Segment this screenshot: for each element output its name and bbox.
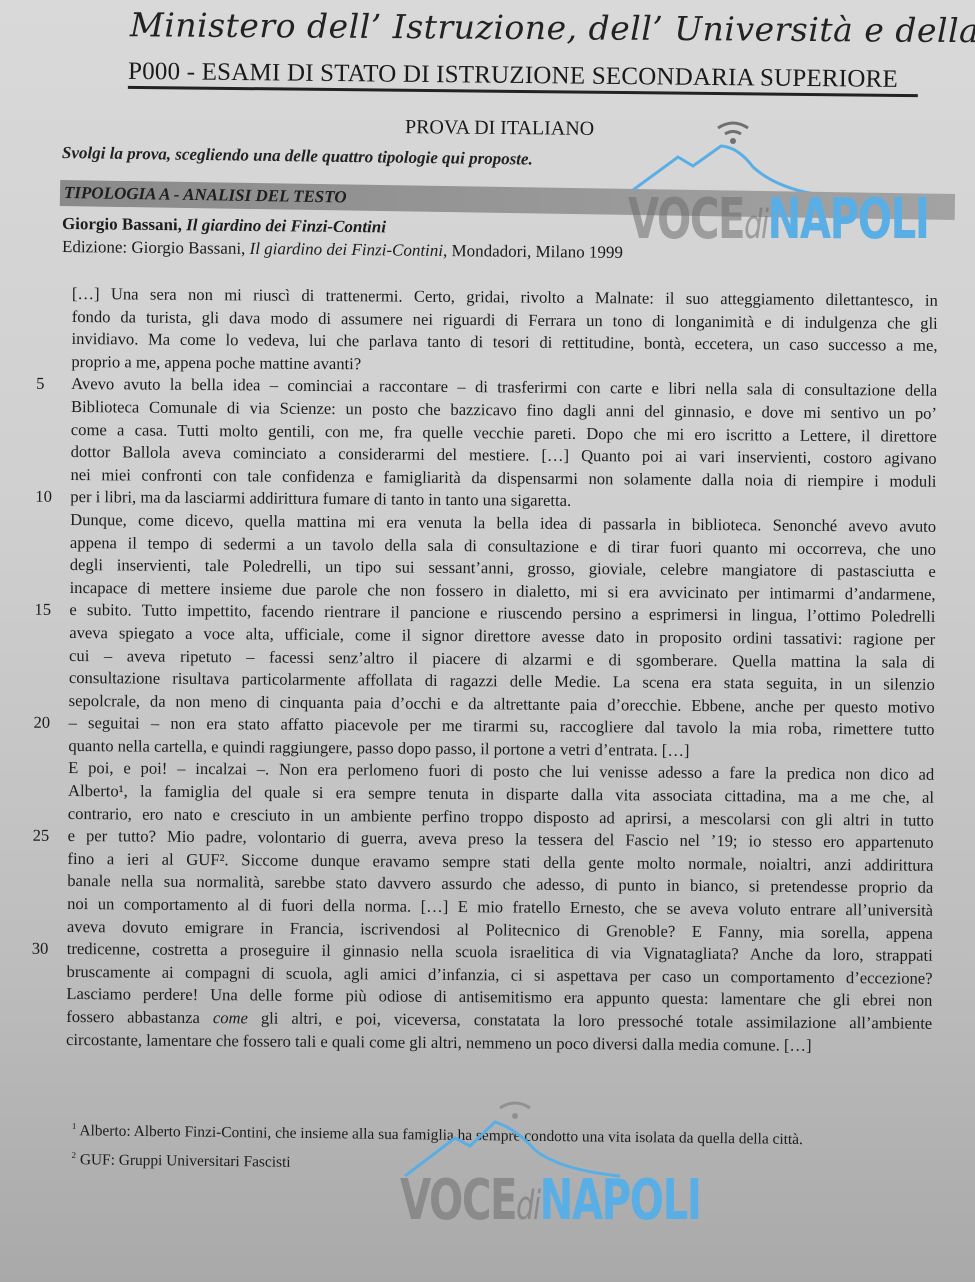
edition-suffix: , Mondadori, Milano 1999 [443, 241, 623, 262]
exam-page: Ministero dell’ Istruzione, dell’ Univer… [0, 0, 975, 1282]
line-number: 20 [33, 712, 53, 735]
edition-prefix: Edizione: Giorgio Bassani, [62, 237, 246, 258]
footnote: 1 Alberto: Alberto Finzi-Contini, che in… [72, 1121, 922, 1151]
line-text: proprio a me, appena poche mattine avant… [71, 352, 361, 373]
edition-line: Edizione: Giorgio Bassani, Il giardino d… [62, 237, 623, 263]
line-number: 5 [36, 373, 56, 396]
author-name: Giorgio Bassani, [62, 214, 182, 234]
line-number: 15 [34, 599, 54, 622]
line-number: 30 [32, 938, 52, 961]
work-title: Il giardino dei Finzi-Contini [186, 215, 386, 236]
footnote-text: GUF: Gruppi Universitari Fascisti [76, 1151, 291, 1171]
line-text: circostante, lamentare che fossero tali … [66, 1030, 812, 1055]
line-number: 25 [33, 825, 53, 848]
footnote: 2 GUF: Gruppi Universitari Fascisti [71, 1150, 921, 1180]
line-number: 10 [35, 486, 55, 509]
watermark-di: di [516, 1183, 539, 1229]
edition-title: Il giardino dei Finzi-Contini [250, 239, 444, 260]
watermark-logo-top: VOCEdiNAPOLI [628, 112, 958, 262]
prova-title: PROVA DI ITALIANO [405, 116, 594, 141]
instruction-text: Svolgi la prova, scegliendo una delle qu… [62, 143, 533, 170]
source-author-line: Giorgio Bassani, Il giardino dei Finzi-C… [62, 214, 386, 237]
line-text: per i libri, ma da lasciarmi addirittura… [70, 487, 571, 510]
footnotes: 1 Alberto: Alberto Finzi-Contini, che in… [71, 1121, 922, 1190]
line-text: quanto nella cartella, e quindi raggiung… [68, 736, 689, 760]
ministry-heading: Ministero dell’ Istruzione, dell’ Univer… [130, 5, 920, 50]
volcano-wifi-icon [628, 112, 958, 192]
exam-title: P000 - ESAMI DI STATO DI ISTRUZIONE SECO… [128, 58, 918, 97]
footnote-text: Alberto: Alberto Finzi-Contini, che insi… [76, 1122, 803, 1148]
passage-text: […] Una sera non mi riuscì di trattenerm… [66, 283, 938, 1058]
